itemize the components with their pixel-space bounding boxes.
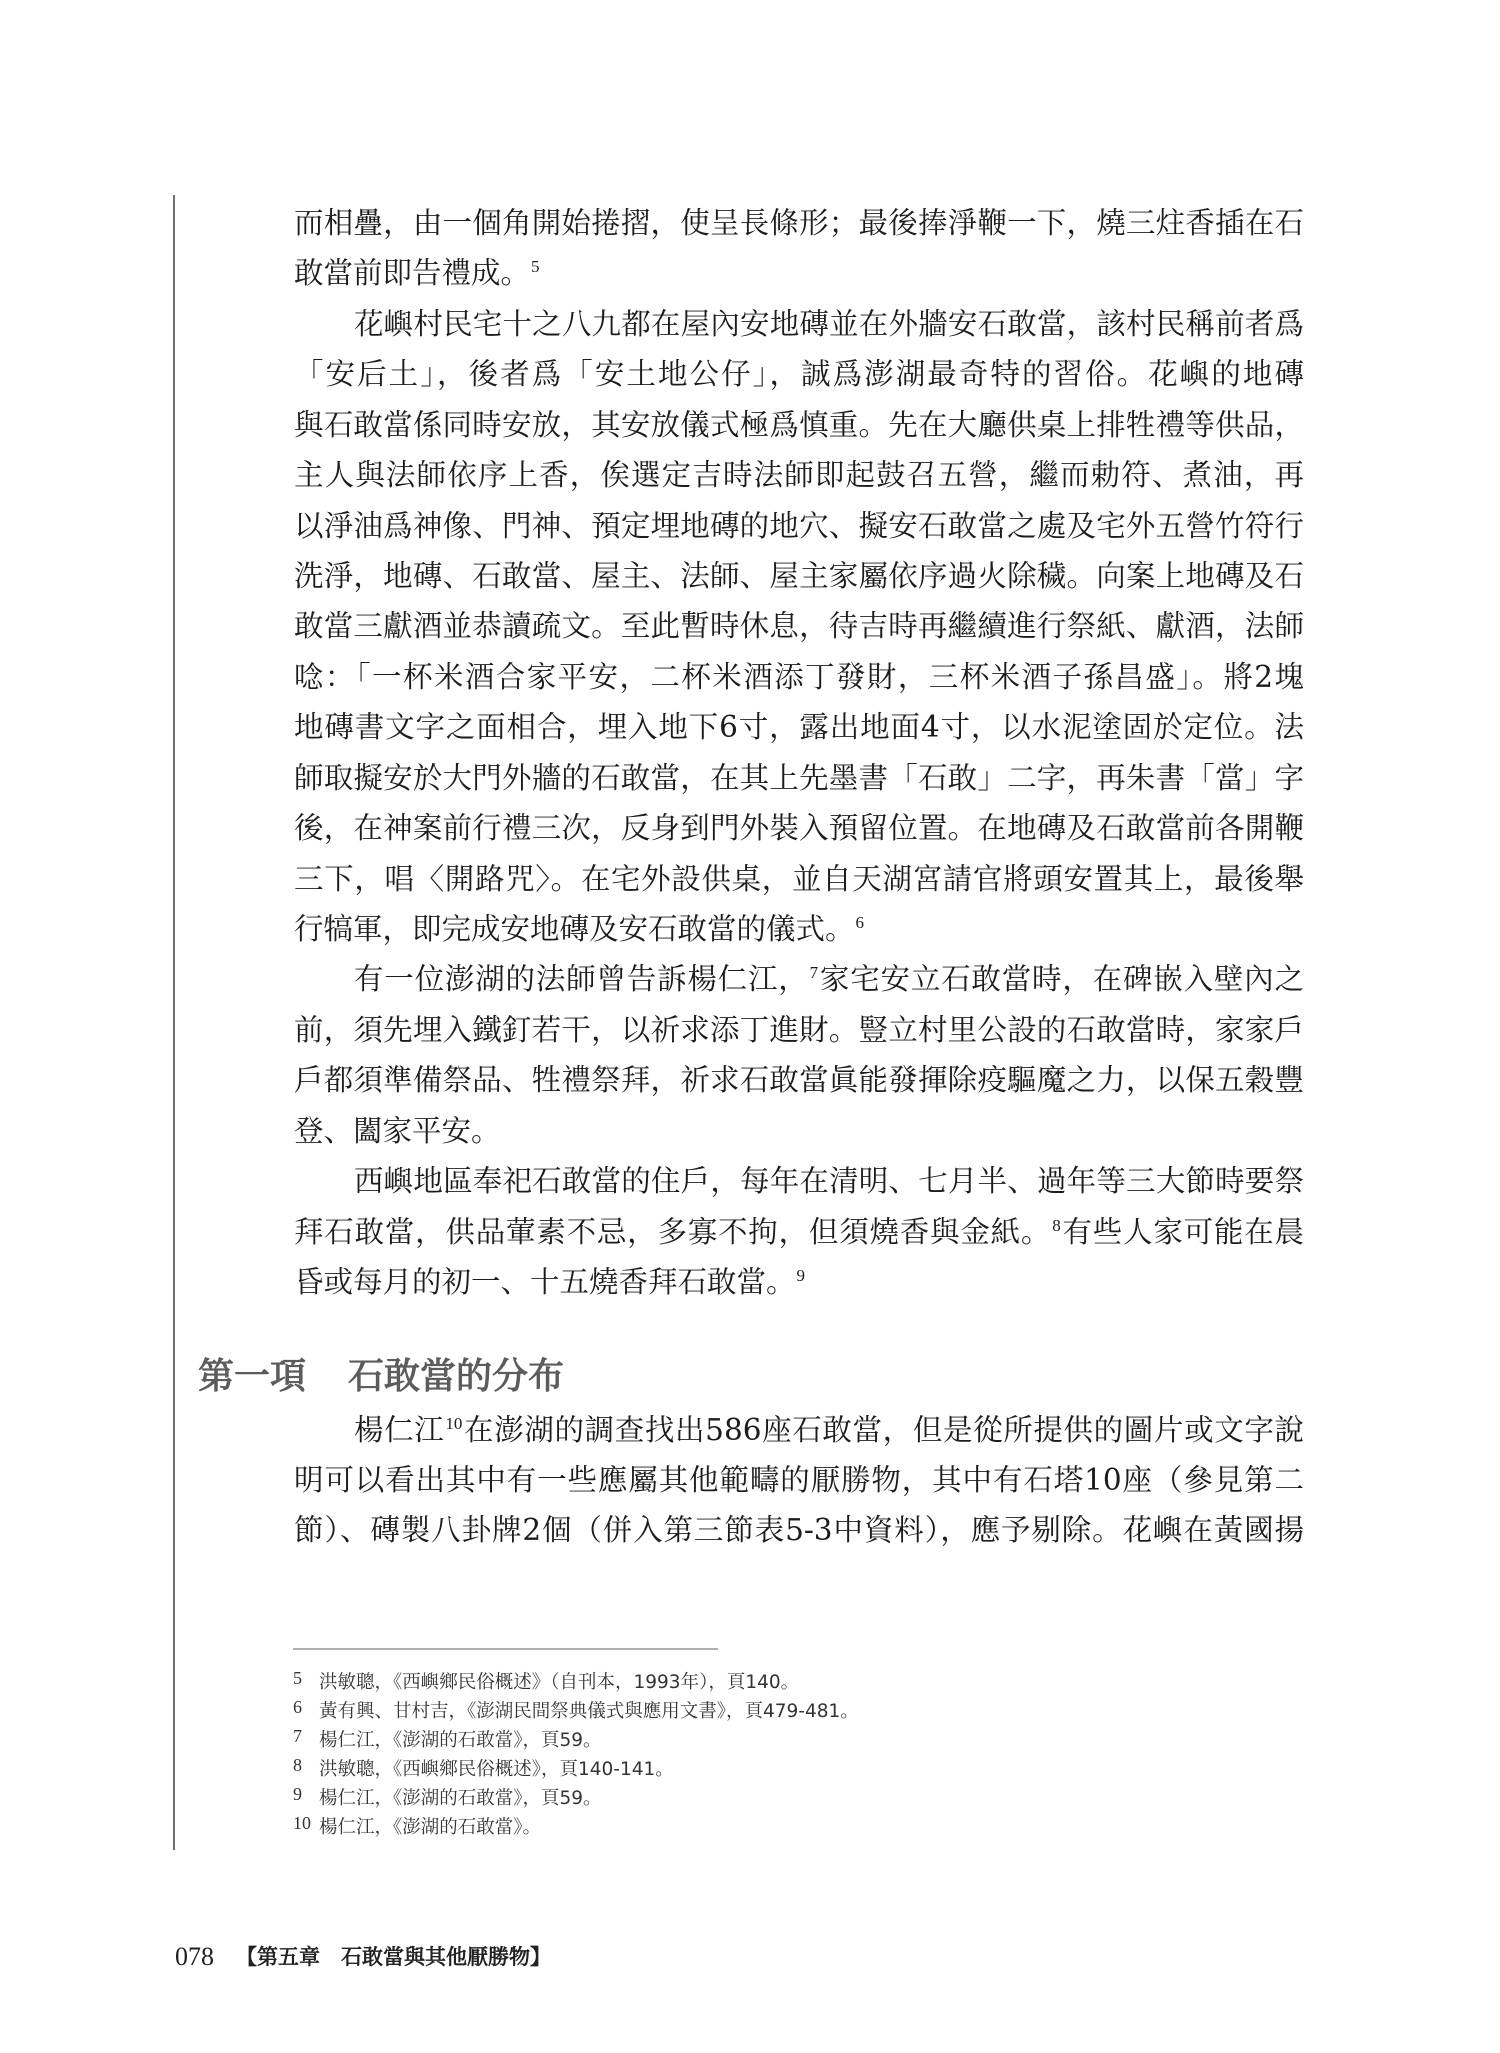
body-line: 昏或每月的初一、十五燒香拜石敢當。9 — [294, 1257, 1304, 1307]
body-line: 後，在神案前行禮三次，反身到門外裝入預留位置。在地磚及石敢當前各開鞭 — [294, 803, 1304, 853]
section-number: 第一項 — [198, 1356, 306, 1397]
footnote-text: 黃有興、甘村吉，《澎湖民間祭典儀式與應用文書》，頁479-481。 — [319, 1701, 859, 1722]
footnote-text: 楊仁江，《澎湖的石敢當》，頁59。 — [319, 1730, 602, 1751]
footnote-number: 10 — [293, 1809, 319, 1837]
body-line: 唸：「一杯米酒合家平安，二杯米酒添丁發財，三杯米酒子孫昌盛」。將2塊 — [294, 652, 1304, 702]
footnote: 8洪敏聰，《西嶼鄉民俗概述》，頁140-141。 — [293, 1755, 674, 1783]
book-page: 而相疊，由一個角開始捲摺，使呈長條形；最後捧淨鞭一下，燒三炷香插在石 敢當前即告… — [0, 0, 1500, 2053]
body-line: 行犒軍，即完成安地磚及安石敢當的儀式。6 — [294, 904, 1304, 954]
body-line: 戶都須準備祭品、牲禮祭拜，祈求石敢當眞能發揮除疫驅魔之力，以保五穀豐 — [294, 1055, 1304, 1105]
page-number: 078 — [175, 1940, 214, 1974]
footnote-ref[interactable]: 7 — [810, 963, 819, 982]
body-line: 前，須先埋入鐵釘若干，以祈求添丁進財。豎立村里公設的石敢當時，家家戶 — [294, 1005, 1304, 1055]
body-line: 三下，唱〈開路咒〉。在宅外設供桌，並自天湖宮請官將頭安置其上，最後舉 — [294, 854, 1304, 904]
footnote: 10楊仁江，《澎湖的石敢當》。 — [293, 1813, 541, 1841]
footnote-ref[interactable]: 5 — [531, 257, 540, 276]
body-line: 敢當前即告禮成。5 — [294, 248, 1304, 298]
footnote-ref[interactable]: 10 — [445, 1414, 462, 1433]
footnote-ref[interactable]: 8 — [1052, 1216, 1061, 1235]
body-line: 師取擬安於大門外牆的石敢當，在其上先墨書「石敢」二字，再朱書「當」字 — [294, 753, 1304, 803]
footnote-number: 9 — [293, 1780, 319, 1808]
section-heading: 第一項石敢當的分布 — [198, 1352, 564, 1402]
footnote-number: 6 — [293, 1693, 319, 1721]
footnote-number: 8 — [293, 1751, 319, 1779]
footnote: 9楊仁江，《澎湖的石敢當》，頁59。 — [293, 1784, 602, 1812]
body-line: 敢當三獻酒並恭讀疏文。至此暫時休息，待吉時再繼續進行祭紙、獻酒，法師 — [294, 601, 1304, 651]
body-line: 主人與法師依序上香，俟選定吉時法師即起鼓召五營，繼而勅符、煮油，再 — [294, 450, 1304, 500]
margin-vertical-rule — [173, 195, 175, 1850]
body-line: 「安后土」，後者爲「安土地公仔」，誠爲澎湖最奇特的習俗。花嶼的地磚 — [294, 349, 1304, 399]
footnote-separator — [293, 1648, 718, 1650]
body-line: 西嶼地區奉祀石敢當的住戶，每年在清明、七月半、過年等三大節時要祭 — [294, 1156, 1304, 1206]
footnote-text: 楊仁江，《澎湖的石敢當》，頁59。 — [319, 1788, 602, 1809]
footnote-number: 5 — [293, 1664, 319, 1692]
body-line: 拜石敢當，供品葷素不忌，多寡不拘，但須燒香與金紙。8有些人家可能在晨 — [294, 1207, 1304, 1257]
body-line: 而相疊，由一個角開始捲摺，使呈長條形；最後捧淨鞭一下，燒三炷香插在石 — [294, 198, 1304, 248]
body-line: 花嶼村民宅十之八九都在屋內安地磚並在外牆安石敢當，該村民稱前者爲 — [294, 299, 1304, 349]
footnote-text: 洪敏聰，《西嶼鄉民俗概述》，頁140-141。 — [319, 1759, 674, 1780]
body-line: 洗淨，地磚、石敢當、屋主、法師、屋主家屬依序過火除穢。向案上地磚及石 — [294, 551, 1304, 601]
footnote-text: 楊仁江，《澎湖的石敢當》。 — [319, 1817, 541, 1838]
body-line: 登、闔家平安。 — [294, 1106, 1304, 1156]
body-line: 有一位澎湖的法師曾告訴楊仁江，7家宅安立石敢當時，在碑嵌入壁內之 — [294, 954, 1304, 1004]
running-title: 【第五章 石敢當與其他厭勝物】 — [236, 1940, 551, 1974]
body-line: 楊仁江10在澎湖的調查找出586座石敢當，但是從所提供的圖片或文字說 — [294, 1405, 1304, 1455]
body-line: 節）、磚製八卦牌2個（併入第三節表5-3中資料），應予剔除。花嶼在黃國揚 — [294, 1505, 1304, 1555]
footnote-text: 洪敏聰，《西嶼鄉民俗概述》（自刊本，1993年），頁140。 — [319, 1672, 799, 1693]
body-line: 地磚書文字之面相合，埋入地下6寸，露出地面4寸，以水泥塗固於定位。法 — [294, 702, 1304, 752]
section-title: 石敢當的分布 — [348, 1356, 564, 1397]
body-line: 與石敢當係同時安放，其安放儀式極爲慎重。先在大廳供桌上排牲禮等供品， — [294, 400, 1304, 450]
body-line: 以淨油爲神像、門神、預定埋地磚的地穴、擬安石敢當之處及宅外五營竹符行 — [294, 501, 1304, 551]
footnote-number: 7 — [293, 1722, 319, 1750]
body-line: 明可以看出其中有一些應屬其他範疇的厭勝物，其中有石塔10座（參見第二 — [294, 1455, 1304, 1505]
footnote: 6黃有興、甘村吉，《澎湖民間祭典儀式與應用文書》，頁479-481。 — [293, 1697, 859, 1725]
footnote: 7楊仁江，《澎湖的石敢當》，頁59。 — [293, 1726, 602, 1754]
footnote-ref[interactable]: 9 — [797, 1266, 806, 1285]
footnote-ref[interactable]: 6 — [856, 913, 865, 932]
footnote: 5洪敏聰，《西嶼鄉民俗概述》（自刊本，1993年），頁140。 — [293, 1668, 799, 1696]
